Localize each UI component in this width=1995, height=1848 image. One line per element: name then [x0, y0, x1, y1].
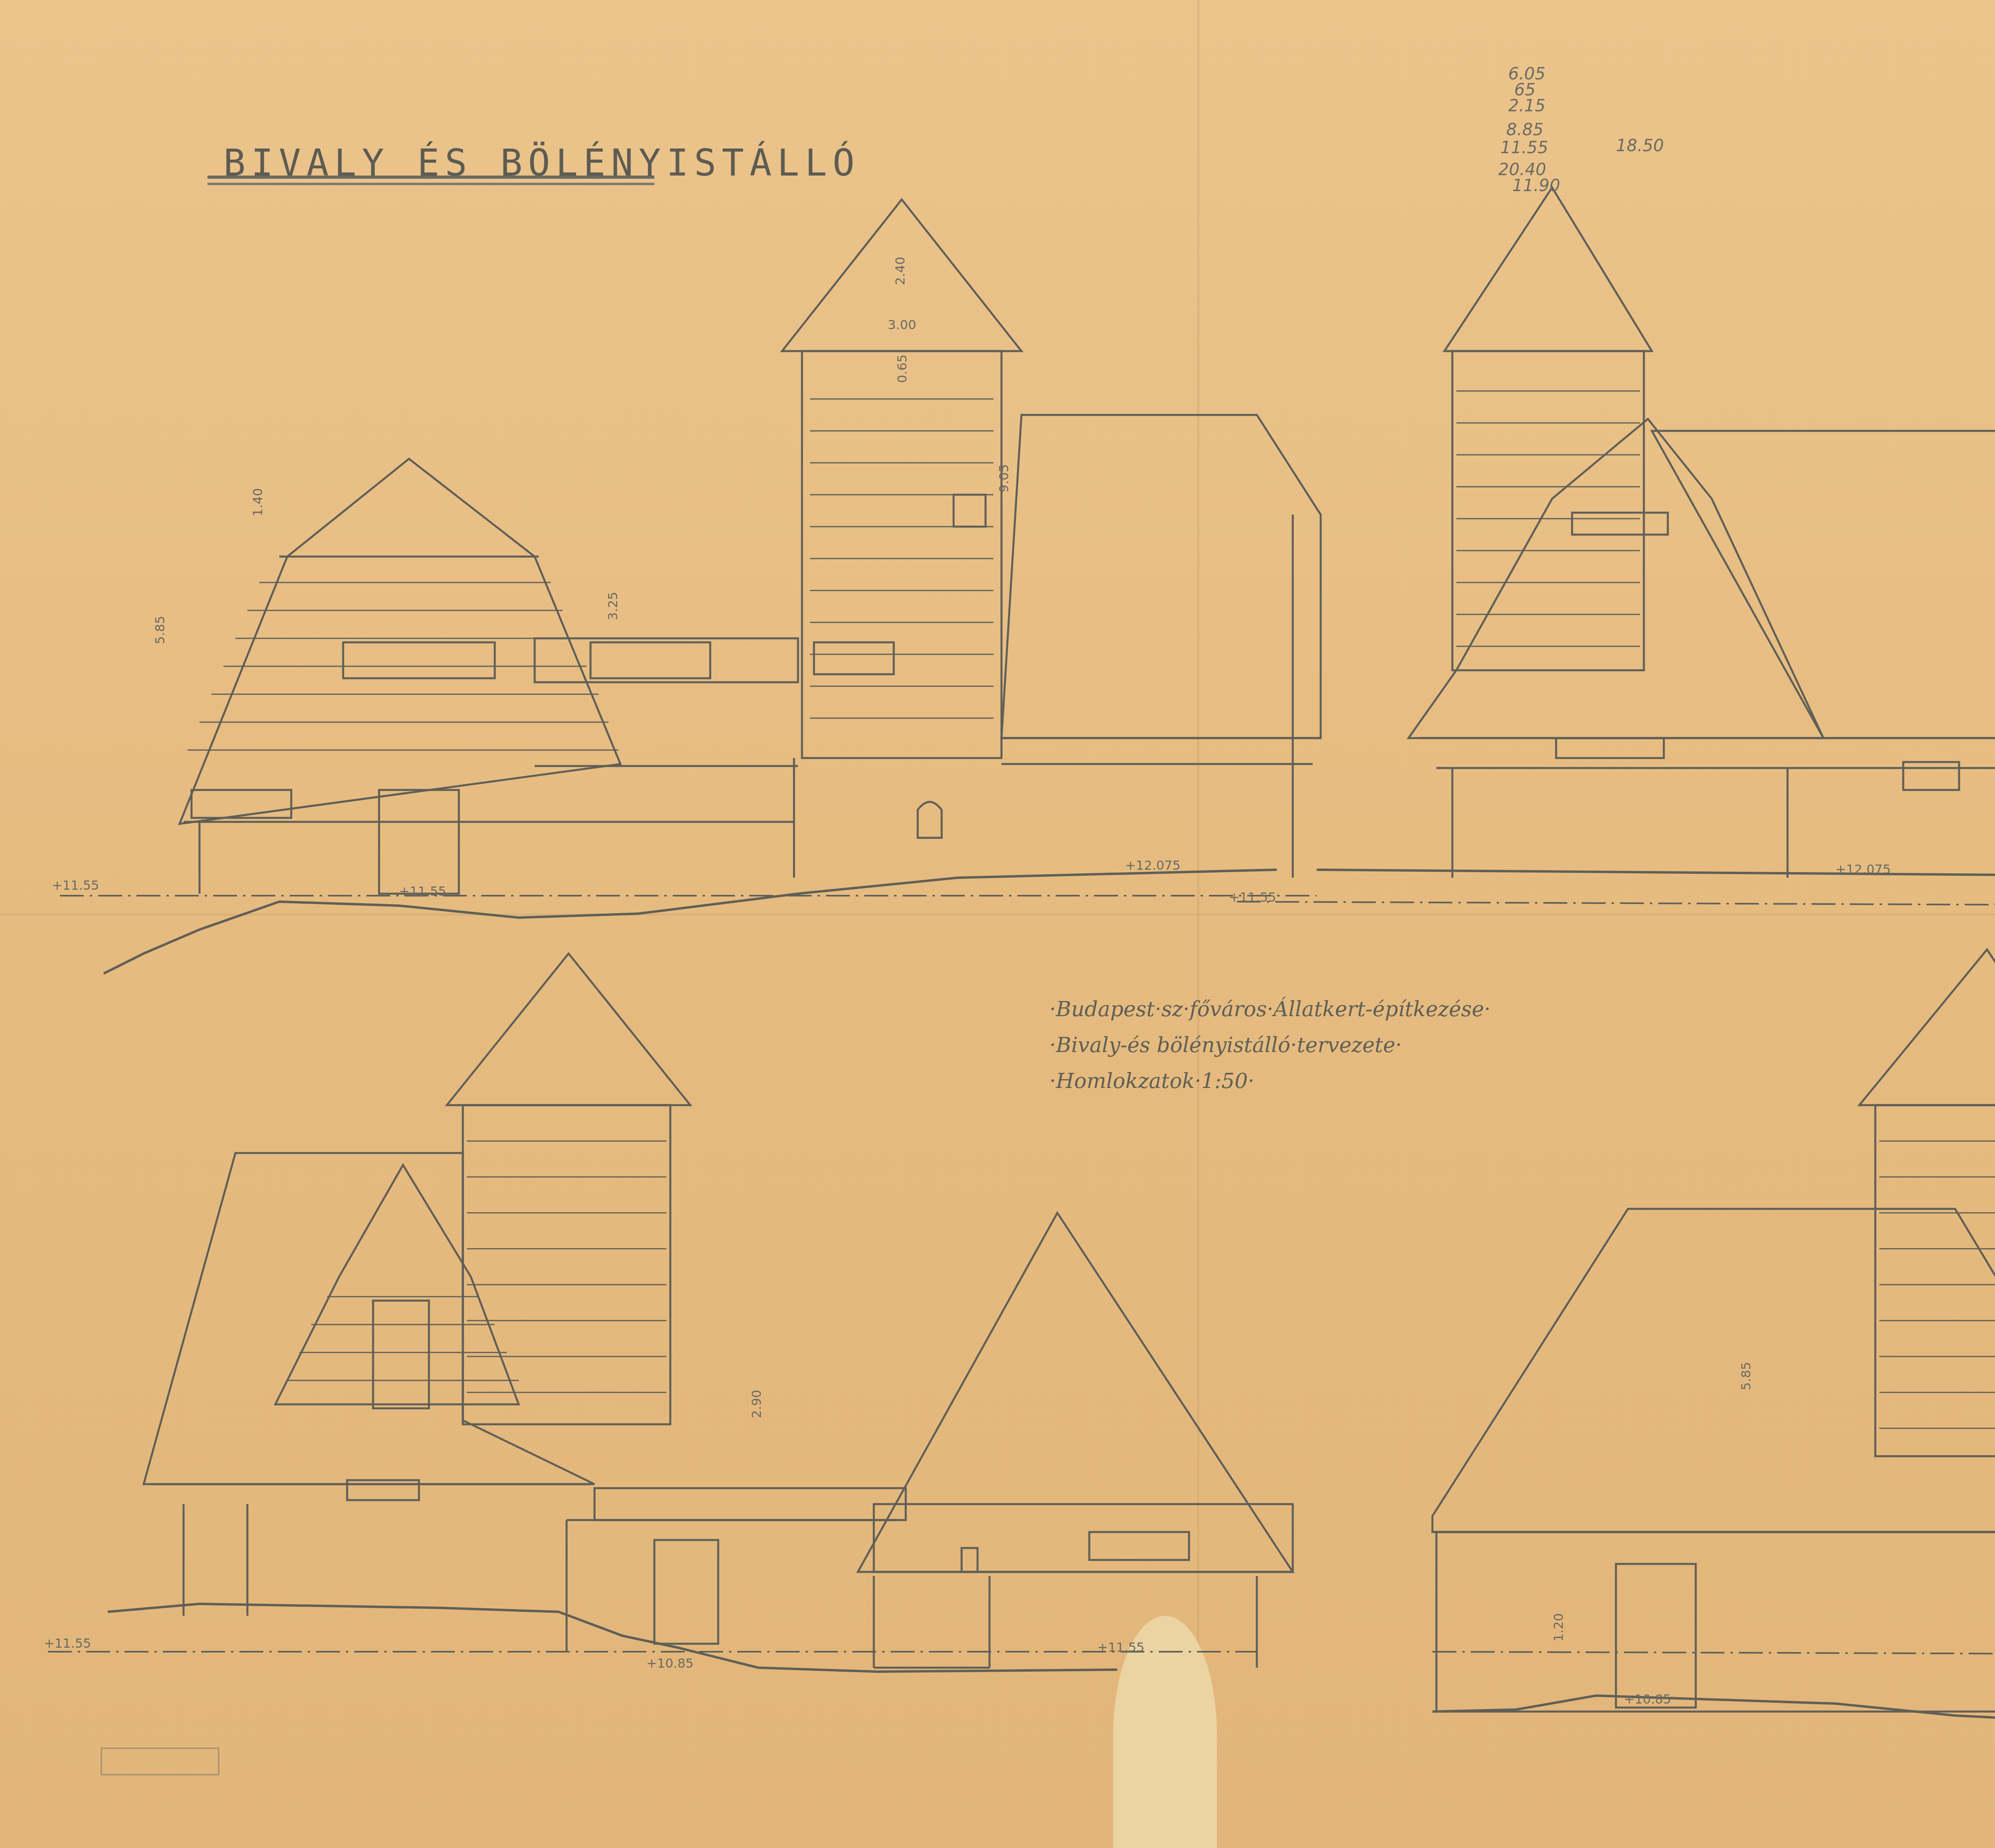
- caption-line-3: ·Homlokzatok·1:50·: [1049, 1069, 1254, 1093]
- elevation-bottom-right: [1432, 950, 1995, 1720]
- caption-line-1: ·Budapest·sz·főváros·Állatkert-építkezés…: [1049, 997, 1491, 1021]
- elevation-top-right: [1237, 188, 1995, 906]
- elevation-bottom-left: [48, 954, 1293, 1672]
- title-underline: [207, 176, 654, 185]
- elevation-drawings: [0, 0, 1995, 1848]
- archive-stamp: [101, 1747, 219, 1775]
- elevation-top-left: [60, 199, 1321, 973]
- caption-line-2: ·Bivaly-és bölényistálló·tervezete·: [1049, 1033, 1402, 1057]
